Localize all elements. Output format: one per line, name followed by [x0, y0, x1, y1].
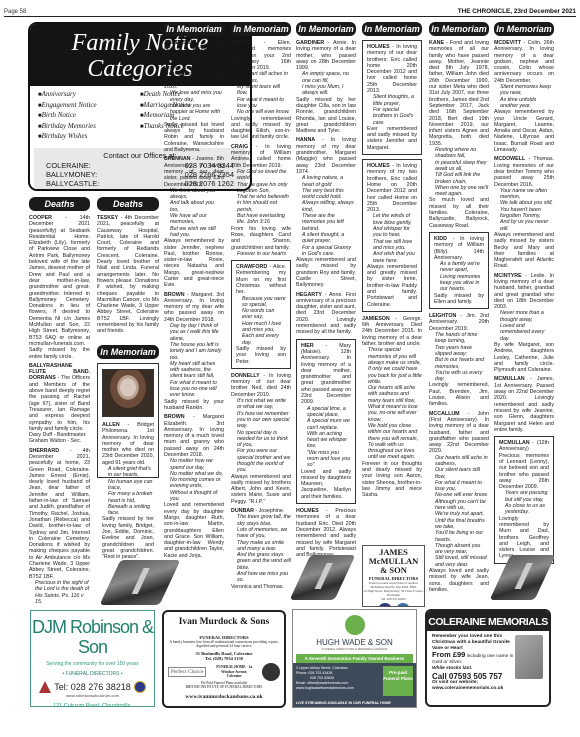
memoriam-column-7: KANE - Fond and loving memories of all o…: [429, 40, 489, 596]
memoriam-column-3: ANDERSON - Sadie (11th Anniversary). Che…: [164, 40, 224, 562]
hw-live-streaming: LIVE STREAMING AVAILABLE IN OUR FUNERAL …: [296, 701, 391, 706]
notice-mcmullan-leonard: MCMULLAN - (12th Anniversary) Precious m…: [494, 436, 554, 564]
office-name: BALLYCASTLE:: [46, 179, 99, 188]
ad-hugh-wade[interactable]: HUGH WADE & SON FUNERAL DIRECTORS & MEMO…: [292, 609, 417, 708]
djm-website: www.robinsonsofculcrum.com: [31, 693, 154, 698]
ivan-name: Ivan Murdock & Sons: [164, 617, 284, 627]
notice-brown-margaret-elizabeth: BROWN - Margaret Elizabeth. 3rd Annivers…: [164, 414, 224, 559]
notice-crawford: CRAWFORD - Alice. Remembering my Mum on …: [231, 260, 291, 369]
lion-crest-icon: [134, 681, 146, 693]
category-item: Birthday Wishes: [38, 132, 140, 143]
ivan-institute: BRITISH INSTITUTE OF FUNERAL DIRECTORS: [164, 685, 284, 689]
ivan-tel: Tel. (028) 7034 3150: [164, 656, 284, 661]
section-deaths: Deaths: [97, 197, 159, 211]
notice-hanna: HANNA - In loving memory of my dear gran…: [296, 137, 356, 288]
notice-hegarty: HEGARTY - Anne. First anniversary of a p…: [296, 292, 356, 336]
category-item: Engagement Notice: [38, 101, 140, 112]
bible-illustration: [100, 560, 181, 605]
notice-holmes-eric: HOLMES - Precious memories of a dear hus…: [296, 508, 356, 558]
hw-subtitle: FUNERAL DIRECTORS & MEMORIAL MASONS: [293, 647, 416, 651]
notice-jamieson: JAMIESON - George. 6th Anniversary. Died…: [362, 316, 422, 499]
ivan-description: A family business free from all multinat…: [164, 640, 284, 649]
jm-name-2: & SON: [363, 566, 424, 575]
ad-djm-robinson[interactable]: DJM Robinson & Son Serving the community…: [30, 610, 155, 707]
bible-illustration: [290, 555, 356, 600]
office-name: LIMAVADY:: [46, 188, 84, 192]
notice-holmes-two-brothers: HOLMES - In loving memory of my two brot…: [362, 159, 422, 312]
hw-name: HUGH WADE & SON: [293, 638, 416, 647]
notice-gardiner: GARDINER - Annie. In loving memory of a …: [296, 40, 356, 134]
notice-brennan: BRENNAN - Joanne. 8th Anniversary. In lo…: [164, 156, 224, 288]
lion-crest-icon: [378, 603, 392, 607]
lion-crest-icon: [262, 663, 280, 681]
section-in-memoriam: In Memoriam: [494, 22, 554, 36]
hw-contact-panel: 3 Upper Abbey Street, Coleraine Phone: 0…: [293, 663, 416, 708]
section-in-memoriam: In Memoriam: [429, 22, 489, 36]
ad-ivan-murdock[interactable]: Ivan Murdock & Sons FUNERAL DIRECTORS A …: [162, 610, 286, 708]
perfect-choice-logo: Perfect Choice: [168, 667, 207, 677]
notice-teskey: TESKEY - 4th December 2021, peacefully a…: [97, 215, 159, 335]
notice-mccallum: MCCALLUM - John (First Anniversary). In …: [429, 411, 489, 594]
djm-address-1: 121 Culcrum Road, Cloughmills,: [31, 703, 154, 707]
memorial-photo: [102, 369, 154, 417]
cm-title: COLERAINE MEMORIALS: [427, 611, 549, 631]
memoriam-column-6: HOLMES - In loving memory of our dear br…: [362, 40, 422, 501]
notice-kane: KANE - Fond and loving memories of all o…: [429, 40, 489, 229]
notice-mcintyre: MCINTYRE - Leslie. In loving memory of a…: [494, 273, 554, 374]
notice-allen: ALLEN - Bridget Philomena. 1st Anniversa…: [97, 363, 159, 478]
hw-prepaid-badge: Pre-paid Funeral Plans: [383, 666, 413, 696]
cm-website[interactable]: www.colerainememorials.co.uk: [432, 686, 544, 692]
cm-body: Remember your loved one this Christmas w…: [427, 631, 549, 695]
notice-mcdowell: MCDOWELL - Thomas. Loving memories of ou…: [494, 156, 554, 269]
ivan-website[interactable]: www.ivanmurdockandsons.co.uk: [164, 694, 284, 700]
category-item: Birthday Memories: [38, 122, 140, 133]
section-in-memoriam: In Memoriam: [231, 22, 291, 36]
deaths-column-1: COOPER - 14th December 2021 (peacefully)…: [29, 215, 90, 608]
ivan-funeral-home: FUNERAL HOME - 2a Windsor Avenue, Colera…: [214, 665, 254, 678]
headstone-image: [515, 635, 543, 679]
djm-name: DJM Robinson & Son: [31, 617, 154, 657]
hw-tagline: A Seventh Generation Family Owned Busine…: [296, 654, 413, 663]
djm-tel: Tel: 028 276 38218: [54, 682, 131, 692]
section-in-memoriam: In Memoriam: [362, 22, 422, 36]
jm-address: 22 High Street, Ballymoney; 58 Church St…: [363, 589, 424, 597]
djm-contact: Tel: 028 276 38218: [31, 681, 154, 693]
category-item: Birth Notice: [38, 111, 140, 122]
jm-tel: Tel. 028 276 62202: [363, 597, 424, 601]
notice-leighton: LEIGHTON - Jim. 2nd Anniversary. 20th De…: [429, 313, 489, 407]
office-name: COLERAINE:: [46, 161, 91, 170]
notice-donnelly: DONNELLY - In loving memory of our dear …: [231, 373, 291, 505]
notice-mcmullan-james: MCMULLAN - James. 1st Anniversary. Passe…: [494, 376, 554, 433]
pyramid-logo-icon: [39, 681, 51, 693]
section-deaths: Deaths: [29, 197, 90, 211]
notice-dunbar: DUNBAR - Josephine. The trees grow tall,…: [231, 508, 291, 590]
jm-name: JAMES McMULLAN: [363, 548, 424, 566]
hw-logo-icon: [345, 615, 365, 635]
notice-sherrard: SHERRARD - 4th December 2021, peacefully…: [29, 448, 90, 605]
djm-service: • FUNERAL DIRECTORS •: [31, 671, 154, 677]
deaths-column-2: TESKEY - 4th December 2021, peacefully a…: [97, 215, 159, 338]
memoriam-column-8: MCDEVITT - Colin. 26th Anniversary. In l…: [494, 40, 554, 568]
ad-james-mcmullan[interactable]: JAMES McMULLAN & SON FUNERAL DIRECTORS U…: [362, 545, 425, 607]
page-number: Page 58: [4, 9, 26, 15]
notice-holmes-brothers: HOLMES - In loving memory of our dear br…: [362, 40, 422, 155]
notice-brown-margaret: BROWN - Margaret. 3rd Anniversary. In lo…: [164, 292, 224, 412]
notice-mcdevitt: MCDEVITT - Colin. 26th Anniversary. In l…: [494, 40, 554, 153]
notice-brown-ellen: BROWN - Ellen. Treasured memories Mum on…: [231, 40, 291, 141]
jm-supervision: Under personal supervision of Andrew McM…: [363, 581, 424, 589]
office-name: BALLYMONEY:: [46, 170, 97, 179]
notice-ballyrashane: BALLYRASHANE FLUTE BAND. DORRANS - The O…: [29, 363, 90, 445]
header-divider: [4, 16, 576, 17]
notice-cooper: COOPER - 14th December 2021 (peacefully)…: [29, 215, 90, 360]
notice-kidd: KIDD - In loving memory of William (Bill…: [429, 232, 489, 309]
ad-coleraine-memorials[interactable]: COLERAINE MEMORIALS Remember your loved …: [425, 609, 551, 707]
section-in-memoriam: In Memoriam: [164, 22, 224, 36]
notice-hier: HIER - Mary (Maisie). 12th Anniversary. …: [296, 339, 356, 504]
category-item: Anniversary: [38, 90, 140, 101]
memoriam-column-4: BROWN - Ellen. Treasured memories Mum on…: [231, 40, 291, 593]
section-in-memoriam: In Memoriam: [296, 22, 356, 36]
section-in-memoriam: In Memoriam: [97, 345, 159, 359]
notice-anderson: ANDERSON - Sadie (11th Anniversary). Che…: [164, 40, 224, 153]
memoriam-column-5: GARDINER - Annie. In loving memory of a …: [296, 40, 356, 561]
newspaper-masthead: THE CHRONICLE, 23rd December 2021: [458, 8, 576, 15]
djm-slogan: Serving the community for over 150 years: [31, 661, 154, 667]
notice-craig: CRAIG - In loving memory of William Andr…: [231, 144, 291, 257]
accreditation-badge-icon: [396, 603, 410, 607]
